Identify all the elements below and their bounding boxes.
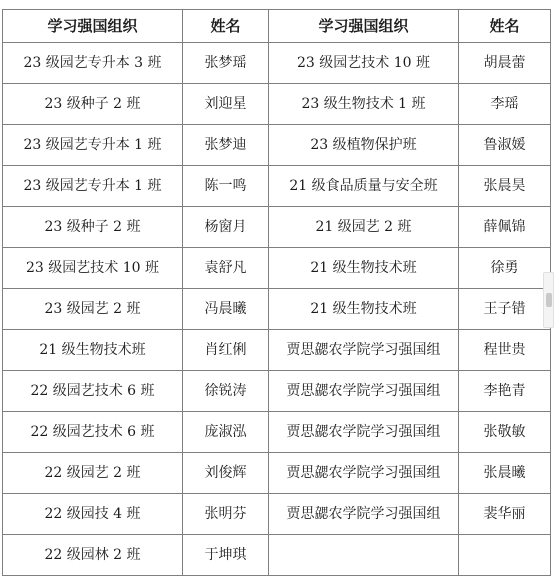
scrollbar-thumb[interactable] xyxy=(546,293,552,307)
org-cell: 21 级生物技术班 xyxy=(3,330,183,371)
name-cell: 徐锐涛 xyxy=(183,371,269,412)
name-cell: 鲁淑媛 xyxy=(459,125,551,166)
org-cell: 21 级食品质量与安全班 xyxy=(269,166,459,207)
org-cell: 22 级园技 4 班 xyxy=(3,494,183,535)
name-cell: 王子错 xyxy=(459,289,551,330)
org-cell: 23 级园艺技术 10 班 xyxy=(269,43,459,84)
org-cell: 贾思勰农学院学习强国组 xyxy=(269,494,459,535)
table-row: 23 级园艺专升本 1 班 陈一鸣 21 级食品质量与安全班 张晨昊 xyxy=(3,166,551,207)
name-cell: 裴华丽 xyxy=(459,494,551,535)
org-cell: 22 级园艺技术 6 班 xyxy=(3,412,183,453)
header-name-left: 姓名 xyxy=(183,10,269,43)
name-cell: 张明芬 xyxy=(183,494,269,535)
header-org-left: 学习强国组织 xyxy=(3,10,183,43)
name-cell: 程世贵 xyxy=(459,330,551,371)
org-cell: 23 级植物保护班 xyxy=(269,125,459,166)
org-cell: 23 级种子 2 班 xyxy=(3,207,183,248)
header-org-right: 学习强国组织 xyxy=(269,10,459,43)
table-row: 21 级生物技术班 肖红俐 贾思勰农学院学习强国组 程世贵 xyxy=(3,330,551,371)
org-cell: 22 级园艺 2 班 xyxy=(3,453,183,494)
org-cell: 贾思勰农学院学习强国组 xyxy=(269,412,459,453)
vertical-scrollbar[interactable] xyxy=(543,272,554,328)
table-row: 22 级园艺技术 6 班 庞淑泓 贾思勰农学院学习强国组 张敬敏 xyxy=(3,412,551,453)
table-row: 23 级园艺专升本 3 班 张梦瑶 23 级园艺技术 10 班 胡晨蕾 xyxy=(3,43,551,84)
table-row: 23 级园艺技术 10 班 袁舒凡 21 级生物技术班 徐勇 xyxy=(3,248,551,289)
org-cell: 23 级园艺 2 班 xyxy=(3,289,183,330)
org-cell: 贾思勰农学院学习强国组 xyxy=(269,371,459,412)
name-cell: 刘俊辉 xyxy=(183,453,269,494)
name-cell: 李瑶 xyxy=(459,84,551,125)
header-name-right: 姓名 xyxy=(459,10,551,43)
org-cell xyxy=(269,535,459,576)
name-cell: 袁舒凡 xyxy=(183,248,269,289)
name-cell: 肖红俐 xyxy=(183,330,269,371)
org-cell: 23 级园艺专升本 1 班 xyxy=(3,166,183,207)
name-cell: 张梦瑶 xyxy=(183,43,269,84)
org-cell: 23 级园艺专升本 1 班 xyxy=(3,125,183,166)
name-cell: 张敬敏 xyxy=(459,412,551,453)
name-cell: 冯晨曦 xyxy=(183,289,269,330)
table-row: 22 级园林 2 班 于坤琪 xyxy=(3,535,551,576)
org-cell: 22 级园林 2 班 xyxy=(3,535,183,576)
document-page: 学习强国组织 姓名 学习强国组织 姓名 23 级园艺专升本 3 班 张梦瑶 23… xyxy=(0,0,554,583)
org-cell: 23 级园艺专升本 3 班 xyxy=(3,43,183,84)
name-cell xyxy=(459,535,551,576)
table-row: 23 级园艺 2 班 冯晨曦 21 级生物技术班 王子错 xyxy=(3,289,551,330)
name-cell: 薛佩锦 xyxy=(459,207,551,248)
name-cell: 张梦迪 xyxy=(183,125,269,166)
org-cell: 21 级生物技术班 xyxy=(269,289,459,330)
org-cell: 23 级种子 2 班 xyxy=(3,84,183,125)
org-cell: 23 级园艺技术 10 班 xyxy=(3,248,183,289)
name-cell: 杨窗月 xyxy=(183,207,269,248)
org-cell: 22 级园艺技术 6 班 xyxy=(3,371,183,412)
table-row: 23 级种子 2 班 杨窗月 21 级园艺 2 班 薛佩锦 xyxy=(3,207,551,248)
name-cell: 张晨昊 xyxy=(459,166,551,207)
name-cell: 李艳青 xyxy=(459,371,551,412)
org-cell: 贾思勰农学院学习强国组 xyxy=(269,453,459,494)
table-row: 22 级园技 4 班 张明芬 贾思勰农学院学习强国组 裴华丽 xyxy=(3,494,551,535)
name-cell: 陈一鸣 xyxy=(183,166,269,207)
table-row: 23 级园艺专升本 1 班 张梦迪 23 级植物保护班 鲁淑媛 xyxy=(3,125,551,166)
table-row: 22 级园艺 2 班 刘俊辉 贾思勰农学院学习强国组 张晨曦 xyxy=(3,453,551,494)
org-cell: 21 级园艺 2 班 xyxy=(269,207,459,248)
table-header-row: 学习强国组织 姓名 学习强国组织 姓名 xyxy=(3,10,551,43)
name-cell: 徐勇 xyxy=(459,248,551,289)
name-cell: 庞淑泓 xyxy=(183,412,269,453)
name-cell: 刘迎星 xyxy=(183,84,269,125)
org-cell: 23 级生物技术 1 班 xyxy=(269,84,459,125)
name-cell: 于坤琪 xyxy=(183,535,269,576)
org-cell: 21 级生物技术班 xyxy=(269,248,459,289)
table-row: 22 级园艺技术 6 班 徐锐涛 贾思勰农学院学习强国组 李艳青 xyxy=(3,371,551,412)
name-cell: 张晨曦 xyxy=(459,453,551,494)
study-group-roster-table: 学习强国组织 姓名 学习强国组织 姓名 23 级园艺专升本 3 班 张梦瑶 23… xyxy=(2,9,551,576)
org-cell: 贾思勰农学院学习强国组 xyxy=(269,330,459,371)
name-cell: 胡晨蕾 xyxy=(459,43,551,84)
table-row: 23 级种子 2 班 刘迎星 23 级生物技术 1 班 李瑶 xyxy=(3,84,551,125)
